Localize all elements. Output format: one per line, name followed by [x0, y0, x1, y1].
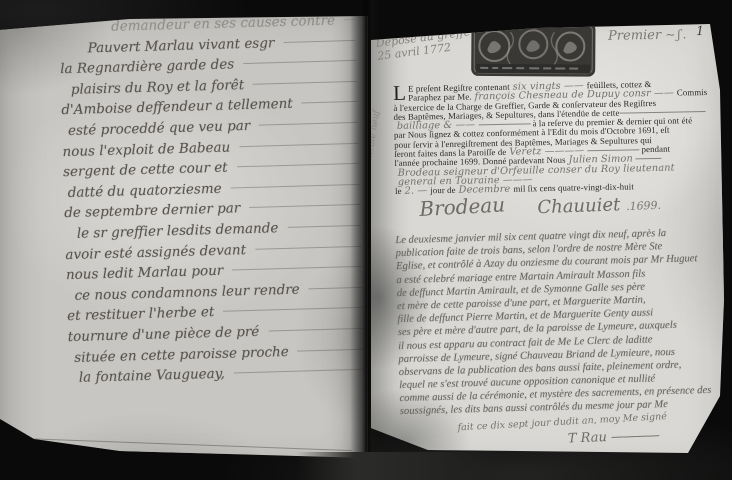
blank-rule [619, 111, 705, 114]
folio-number: 1 [696, 23, 704, 38]
blank-rule [478, 124, 530, 126]
signature-brodeau: Brodeau [419, 192, 506, 221]
folio-word-text: Premier [608, 28, 661, 44]
drop-cap: L [393, 85, 408, 102]
signature-year: .1699. [626, 199, 661, 213]
signature-name: Chauuiet [537, 194, 621, 218]
pen-flourish: ~ʃ. [665, 27, 688, 41]
signature-flourish: T Rau ———— [568, 428, 660, 446]
handwritten-insert: 2. — [402, 186, 431, 198]
printed-text: jour de [430, 185, 456, 195]
left-page: demandeur en ses causes contrePauvert Ma… [0, 0, 368, 480]
pen-flourish: ———— [611, 428, 660, 445]
tax-stamp-icon [470, 20, 596, 79]
printed-text: pendant [641, 144, 670, 155]
printed-text: Commis [677, 87, 708, 98]
page-edge-shadow [296, 452, 496, 480]
right-page-content: Déposé au greffe le 25 avril 1772 Premie… [363, 0, 732, 480]
marriage-act: Le deuxiesme janvier mil six cent quatre… [395, 226, 730, 419]
right-page: Déposé au greffe le 25 avril 1772 Premie… [368, 0, 732, 480]
manuscript-lines: demandeur en ses causes contrePauvert Ma… [59, 12, 365, 391]
folio-word: Premier ~ʃ. [608, 27, 689, 44]
signature-chauuiet: Chauuiet .1699. [537, 193, 661, 219]
blank-rule [636, 158, 662, 159]
signature-name: T Rau [568, 430, 608, 446]
deposit-note: Déposé au greffe le 25 avril 1772 [375, 24, 486, 63]
printed-form: LE preſent Regiſtre contenantsix vingts … [393, 79, 709, 197]
page-crease [22, 438, 352, 451]
blank-rule [587, 149, 639, 151]
printed-text: le [395, 186, 402, 196]
printed-text: mil ſix cens quatre-vingt-dix-huit [513, 182, 634, 194]
register-scan: demandeur en ses causes contrePauvert Ma… [0, 0, 732, 480]
